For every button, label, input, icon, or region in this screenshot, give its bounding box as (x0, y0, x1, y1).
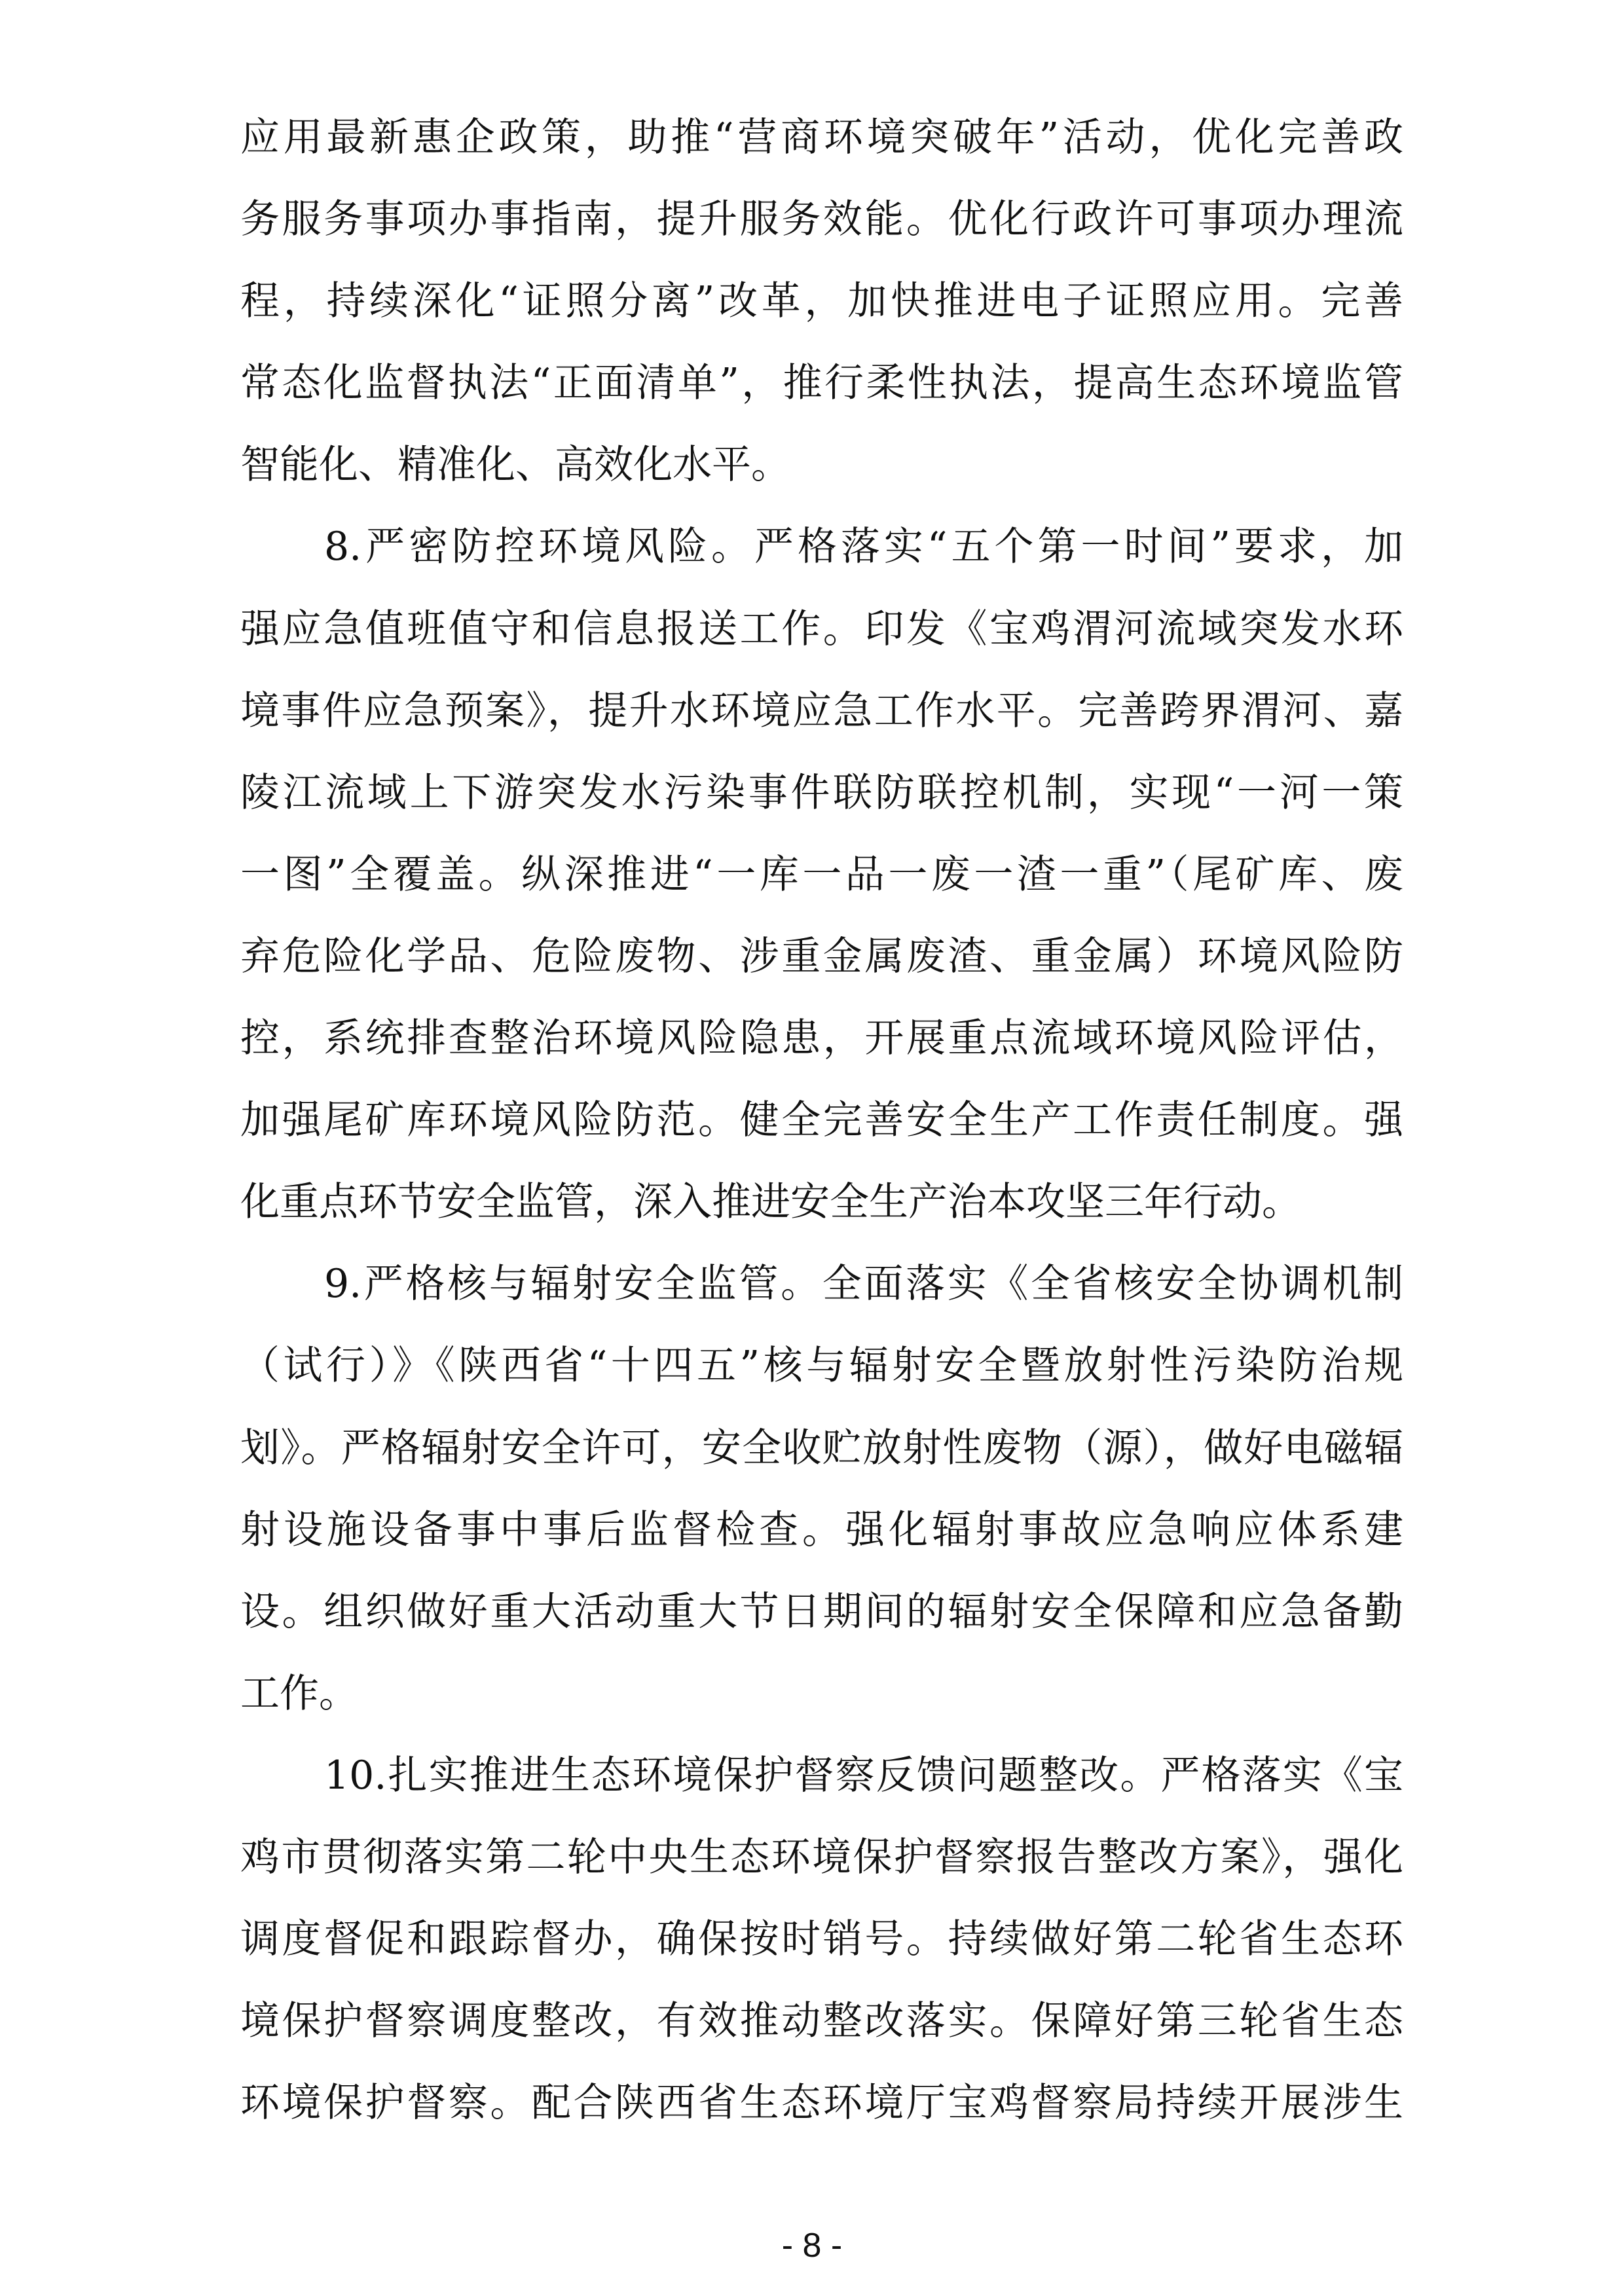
text-line: 调度督促和跟踪督办，确保按时销号。持续做好第二轮省生态环 (240, 1899, 1403, 1980)
text-line: 划》。严格辐射安全许可，安全收贮放射性废物（源），做好电磁辐 (240, 1408, 1403, 1489)
text-line: （试行）》《陕西省“十四五”核与辐射安全暨放射性污染防治规 (240, 1325, 1403, 1407)
text-line: 境保护督察调度整改，有效推动整改落实。保障好第三轮省生态 (240, 1980, 1403, 2062)
text-line: 常态化监督执法“正面清单”，推行柔性执法，提高生态环境监管 (240, 342, 1403, 424)
text-line: 弃危险化学品、危险废物、涉重金属废渣、重金属）环境风险防 (240, 916, 1403, 998)
text-line: 工作。 (240, 1653, 1403, 1735)
text-line: 化重点环节安全监管，深入推进安全生产治本攻坚三年行动。 (240, 1161, 1403, 1243)
page-number: - 8 - (0, 2226, 1624, 2265)
text-line: 务服务事项办事指南，提升服务效能。优化行政许可事项办理流 (240, 179, 1403, 261)
text-line: 应用最新惠企政策，助推“营商环境突破年”活动，优化完善政 (240, 97, 1403, 179)
text-line: 一图”全覆盖。纵深推进“一库一品一废一渣一重”（尾矿库、废 (240, 834, 1403, 916)
text-line: 加强尾矿库环境风险防范。健全完善安全生产工作责任制度。强 (240, 1080, 1403, 1161)
text-line: 设。组织做好重大活动重大节日期间的辐射安全保障和应急备勤 (240, 1571, 1403, 1653)
document-page: 应用最新惠企政策，助推“营商环境突破年”活动，优化完善政 务服务事项办事指南，提… (0, 0, 1624, 2296)
paragraph-heading-line: 10.扎实推进生态环境保护督察反馈问题整改。严格落实《宝 (240, 1735, 1403, 1817)
text-line: 陵江流域上下游突发水污染事件联防联控机制，实现“一河一策 (240, 752, 1403, 834)
text-line: 境事件应急预案》，提升水环境应急工作水平。完善跨界渭河、嘉 (240, 670, 1403, 752)
body-text: 应用最新惠企政策，助推“营商环境突破年”活动，优化完善政 务服务事项办事指南，提… (240, 97, 1403, 2144)
text-line: 控，系统排查整治环境风险隐患，开展重点流域环境风险评估， (240, 998, 1403, 1080)
text-line: 强应急值班值守和信息报送工作。印发《宝鸡渭河流域突发水环 (240, 589, 1403, 670)
text-line: 射设施设备事中事后监督检查。强化辐射事故应急响应体系建 (240, 1489, 1403, 1571)
text-line: 智能化、精准化、高效化水平。 (240, 424, 1403, 506)
text-line: 程，持续深化“证照分离”改革，加快推进电子证照应用。完善 (240, 261, 1403, 342)
text-line: 环境保护督察。配合陕西省生态环境厅宝鸡督察局持续开展涉生 (240, 2062, 1403, 2144)
paragraph-heading-line: 9.严格核与辐射安全监管。全面落实《全省核安全协调机制 (240, 1243, 1403, 1325)
paragraph-heading-line: 8.严密防控环境风险。严格落实“五个第一时间”要求，加 (240, 506, 1403, 588)
text-line: 鸡市贯彻落实第二轮中央生态环境保护督察报告整改方案》，强化 (240, 1817, 1403, 1899)
